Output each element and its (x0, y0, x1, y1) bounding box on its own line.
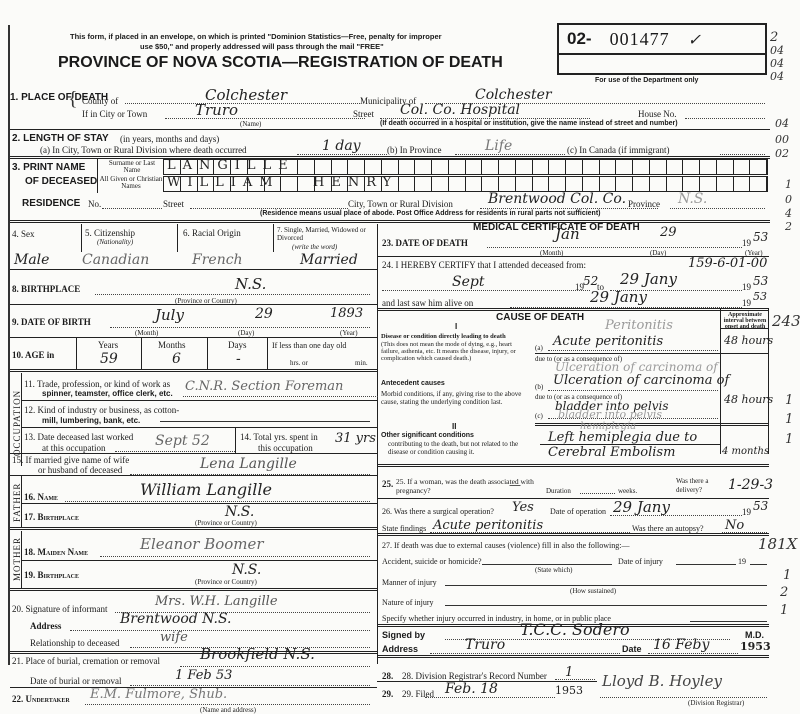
min-label: min. (355, 359, 368, 367)
margin-code: 04 (770, 57, 784, 70)
last-saw-year-prefix: 19 (742, 298, 751, 308)
undertaker-sublabel: (Name and address) (200, 706, 256, 714)
findings-label: State findings (382, 524, 426, 533)
margin-code: 1 (785, 432, 793, 447)
margin-code: 00 (775, 133, 789, 146)
cause-b-interval: 48 hours (724, 393, 773, 406)
last-saw-label: and last saw him alive on (382, 298, 473, 308)
cause-a-field[interactable]: Acute peritonitis (548, 332, 718, 351)
surgery-label: 26. Was there a surgical operation? (382, 507, 494, 516)
divider (720, 328, 768, 329)
marital-status-value: Married (300, 252, 358, 268)
doctor-address-field[interactable]: Truro (430, 636, 620, 654)
industry-label-2: mill, lumbering, bank, etc. (42, 416, 140, 425)
last-saw-field[interactable]: 29 Jany (510, 288, 742, 308)
city-label: If in City or Town (82, 109, 147, 119)
postage-notice-line2: use $50," and properly addressed will pa… (140, 42, 384, 51)
residence-no-field[interactable] (102, 195, 162, 209)
injury-year-prefix: 19 (738, 557, 746, 566)
stay-city-field[interactable]: 1 day (297, 137, 387, 155)
check-mark-icon: ✓ (688, 30, 701, 49)
day-sublabel: (Day) (238, 329, 254, 337)
stay-canada-label: (c) In Canada (if immigrant) (567, 145, 669, 155)
record-prefix: 02- (567, 29, 592, 49)
margin-code: 243 (772, 312, 800, 330)
divider (207, 337, 208, 369)
last-worked-field[interactable]: Sept 52 (115, 432, 235, 452)
hrs-label: hrs. or (290, 359, 308, 367)
duration-field[interactable] (580, 480, 615, 494)
divider (10, 369, 377, 372)
mother-birthplace-sublabel: (Province or Country) (195, 578, 257, 586)
street-field[interactable]: Col. Co. Hospital (380, 101, 590, 119)
residence-street-field[interactable] (190, 195, 348, 209)
margin-code: 2 (785, 220, 792, 233)
manner-field[interactable] (445, 585, 767, 586)
antecedent-note: Morbid conditions, if any, giving rise t… (381, 390, 531, 406)
surname-value: LANGILLE (167, 158, 295, 173)
print-name-label: 3. PRINT NAME (12, 162, 85, 173)
part-two-label: II (452, 422, 456, 431)
years-label: Years (98, 340, 118, 350)
birthplace-label: 8. BIRTHPLACE (12, 284, 80, 294)
father-birthplace-sublabel: (Province or Country) (195, 519, 257, 527)
margin-code: 1 (785, 393, 793, 408)
burial-place-label: 21. Place of burial, cremation or remova… (12, 656, 160, 666)
dob-day: 29 (255, 306, 273, 322)
informant-address-label: Address (30, 621, 61, 631)
divider (377, 655, 769, 658)
surgery-value: Yes (512, 500, 534, 515)
street-label: Street (353, 109, 374, 119)
birthplace-field[interactable]: N.S. (95, 275, 370, 295)
other-conditions-label: Other significant conditions (381, 432, 474, 439)
q25-number: 25. (382, 479, 393, 489)
place-of-death-label: 1. PLACE OF DEATH (10, 92, 60, 103)
date-of-death-label: 23. DATE OF DEATH (382, 238, 468, 248)
mother-maiden-field[interactable]: Eleanor Boomer (100, 535, 370, 557)
burial-date-field[interactable]: 1 Feb 53 (130, 666, 370, 686)
postage-notice-line1: This form, if placed in an envelope, on … (70, 32, 442, 41)
total-years-label: 14. Total yrs. spent in (240, 432, 318, 442)
department-note: For use of the Department only (595, 77, 698, 84)
md-label: M.D. (745, 630, 764, 640)
margin-code: 181X (758, 535, 797, 553)
accident-label: Accident, suicide or homicide? (382, 557, 482, 566)
length-of-stay-sublabel: (in years, months and days) (120, 134, 219, 144)
divider (10, 337, 377, 338)
operation-date-label: Date of operation (550, 507, 606, 516)
cause-c-field[interactable]: bladder into pelvis (548, 405, 718, 419)
dob-month: July (155, 306, 184, 324)
surname-label: Surname or Last Name (102, 160, 162, 174)
year-sublabel: (Year) (340, 329, 358, 337)
undertaker-field[interactable]: E.M. Fulmore, Shub. (85, 685, 370, 705)
external-causes-label: 27. If death was due to external causes … (382, 541, 629, 550)
divider (141, 337, 142, 369)
attended-from-year: 52 (583, 274, 598, 288)
citizenship-value: Canadian (82, 252, 149, 268)
divider (10, 220, 770, 223)
filed-year: 1953 (555, 684, 583, 697)
signed-date-field[interactable]: 16 Feby (648, 636, 738, 654)
weeks-label: weeks. (618, 487, 637, 495)
last-saw-year: 53 (753, 290, 767, 303)
death-year: 53 (753, 230, 768, 244)
margin-code: 1 (783, 568, 791, 583)
margin-code: 04 (770, 70, 784, 83)
divider (10, 304, 377, 305)
divider (535, 423, 768, 426)
certify-code: 159-6-01-00 (688, 256, 767, 271)
death-year-prefix: 19 (742, 238, 751, 248)
accident-sublabel: (State which) (535, 566, 573, 574)
divider (21, 400, 377, 401)
father-name-label: 16. Name (24, 492, 58, 502)
given-names-value: WILLIAM HENRY (167, 175, 398, 190)
hospital-note: (If death occurred in a hospital or inst… (380, 120, 678, 127)
nature-field[interactable] (445, 605, 767, 606)
age-days: - (236, 351, 241, 367)
cause-b-field[interactable]: Ulceration of carcinoma of (548, 371, 718, 391)
department-record-box: 02- 001477 ✓ (557, 23, 767, 75)
divider (76, 337, 77, 369)
less-than-day-label: If less than one day old (272, 341, 346, 350)
margin-code: 4 (785, 207, 792, 220)
industry-field[interactable] (160, 421, 370, 422)
death-day: 29 (660, 225, 677, 240)
stay-city-label: (a) In City, Town or Rural Division wher… (40, 145, 247, 155)
total-years-value: 31 yrs (335, 431, 376, 446)
direct-cause-label: Disease or condition directly leading to… (381, 333, 506, 340)
residence-province-label: Province (628, 199, 660, 209)
residence-province-field[interactable]: N.S. (670, 190, 765, 209)
divider (377, 464, 769, 467)
findings-field[interactable]: Acute peritonitis (430, 516, 630, 533)
mother-maiden-label: 18. Maiden Name (24, 547, 88, 557)
spouse-label-2: or husband of deceased (38, 465, 122, 475)
father-birthplace: N.S. (225, 504, 254, 520)
divider (768, 308, 769, 454)
marital-status-label: 7. Single, Married, Widowed or Divorced (277, 226, 373, 242)
autopsy-label: Was there an autopsy? (632, 524, 704, 533)
delivery-label: Was there a delivery? (676, 477, 736, 495)
q29-number: 29. (382, 689, 393, 699)
signed-date-year: 1953 (740, 640, 771, 653)
mother-birthplace-label: 19. Birthplace (24, 570, 79, 580)
cause-a-annotation: Peritonitis (605, 318, 673, 333)
manner-sublabel: (How sustained) (570, 587, 616, 595)
house-no-field[interactable] (685, 101, 765, 119)
page-title: PROVINCE OF NOVA SCOTIA—REGISTRATION OF … (58, 54, 503, 72)
nature-label: Nature of injury (382, 598, 434, 607)
undertaker-label: 22. Undertaker (12, 694, 70, 704)
stay-province-field[interactable]: Life (455, 137, 565, 155)
part-one-label: I (455, 322, 457, 331)
city-sublabel: (Name) (240, 120, 261, 128)
operation-year: 53 (753, 499, 768, 513)
dob-year: 1893 (330, 306, 363, 321)
margin-code: 0 (785, 193, 792, 206)
injury-date-field[interactable] (676, 564, 736, 565)
registrar-signature-field[interactable]: Lloyd B. Hoyley (600, 672, 767, 698)
divider (377, 308, 769, 311)
margin-code: 04 (770, 44, 784, 57)
other-interval: 4 months (722, 446, 769, 457)
racial-origin-value: French (192, 252, 243, 268)
accident-field[interactable] (482, 564, 612, 565)
citizenship-label: 5. Citizenship (85, 228, 135, 238)
divider (21, 475, 22, 527)
duration-label: Duration (546, 487, 571, 495)
divider (177, 224, 178, 252)
mother-birthplace: N.S. (232, 562, 261, 578)
signed-by-label: Signed by (382, 630, 425, 640)
father-birthplace-label: 17. Birthplace (24, 512, 79, 522)
of-deceased-label: OF DECEASED (25, 176, 97, 187)
marital-sublabel: (write the word) (292, 243, 337, 251)
residence-label: RESIDENCE (22, 198, 80, 209)
manner-label: Manner of injury (382, 578, 437, 587)
divider (10, 588, 377, 591)
spouse-field[interactable]: Lena Langille (130, 455, 370, 475)
attended-to-year: 53 (753, 274, 768, 288)
cause-of-death-title: CAUSE OF DEATH (496, 312, 584, 323)
injury-year-field[interactable] (750, 564, 767, 565)
total-years-label-2: this occupation (258, 443, 313, 453)
record-number: 001477 (610, 29, 670, 50)
doctor-address-label: Address (382, 644, 418, 654)
operation-date-field[interactable]: 29 Jany (610, 498, 742, 516)
racial-origin-label: 6. Racial Origin (183, 228, 241, 238)
cause-a-interval: 48 hours (724, 334, 773, 347)
other-condition-2: Cerebral Embolism (548, 445, 675, 460)
residence-no-label: No. (88, 199, 101, 209)
month-sublabel: (Month) (135, 329, 158, 337)
signed-date-label: Date (622, 644, 642, 654)
left-border (8, 25, 10, 665)
divider (10, 527, 377, 530)
residence-note: (Residence means usual place of abode. P… (260, 210, 601, 217)
divider (273, 224, 274, 252)
days-label: Days (228, 340, 247, 350)
filed-date-field[interactable]: Feb. 18 (425, 680, 555, 698)
margin-code: 2 (780, 585, 788, 600)
city-field[interactable]: Truro (165, 101, 365, 119)
margin-code: 04 (775, 117, 789, 130)
margin-code: 1 (785, 178, 792, 191)
stay-canada-field[interactable] (720, 137, 765, 155)
date-of-birth-label: 9. DATE OF BIRTH (12, 317, 91, 327)
other-conditions-note: contributing to the death, but not relat… (388, 440, 533, 456)
cause-a-marker: (a) (535, 344, 543, 352)
relationship-label: Relationship to deceased (30, 638, 119, 648)
trade-field[interactable]: C.N.R. Section Foreman (183, 377, 378, 397)
residence-city-label: City, Town or Rural Division (348, 199, 453, 209)
margin-code: 1 (780, 603, 788, 618)
antecedent-label: Antecedent causes (381, 380, 445, 387)
divider (377, 533, 769, 536)
registrar-sublabel: (Division Registrar) (688, 699, 744, 707)
stay-province-label: (b) In Province (387, 145, 441, 155)
divider (535, 353, 768, 354)
registrar-record-field[interactable]: 1 (555, 663, 595, 680)
burial-place-field[interactable]: Brookfield N.S. (180, 645, 370, 667)
divider (235, 427, 236, 453)
column-divider (377, 224, 378, 664)
residence-street-label: Street (163, 199, 184, 209)
months-label: Months (158, 340, 186, 350)
divider (97, 159, 98, 193)
divider (10, 129, 770, 130)
divider (10, 269, 377, 270)
cause-b-marker: (b) (535, 383, 543, 391)
other-condition-1: Left hemiplegia due to (548, 430, 697, 445)
trade-label: 11. Trade, profession, or kind of work a… (24, 379, 170, 389)
injury-date-label: Date of injury (618, 557, 663, 566)
divider (10, 453, 377, 454)
divider (10, 475, 377, 476)
to-year-prefix: 19 (742, 282, 751, 292)
margin-code: 02 (775, 147, 789, 160)
brace-icon: { (68, 88, 78, 111)
spouse-label: 15. If married give name of wife (12, 455, 129, 465)
divider (267, 337, 268, 369)
last-worked-label-2: at this occupation (42, 443, 105, 453)
county-label: County of (82, 96, 118, 106)
given-names-label: All Given or Christian Names (99, 176, 163, 190)
house-no-label: House No. (638, 109, 677, 119)
divider (81, 224, 82, 252)
length-of-stay-label: 2. LENGTH OF STAY (12, 133, 109, 144)
death-month: Jan (555, 225, 580, 243)
father-name-field[interactable]: William Langille (65, 480, 370, 502)
divider (21, 560, 377, 561)
attended-label: 24. I HEREBY CERTIFY that I attended dec… (382, 260, 586, 270)
citizenship-sublabel: (Nationality) (97, 238, 133, 246)
q28-number: 28. (382, 671, 393, 681)
industry-label: 12. Kind of industry or business, as cot… (24, 405, 179, 415)
margin-code: 1 (785, 412, 793, 427)
direct-cause-note: (This does not mean the mode of dying, e… (381, 341, 531, 362)
trade-label-2: spinner, teamster, office clerk, etc. (42, 389, 173, 398)
age-label: 10. AGE in (12, 350, 54, 360)
cause-c-marker: (c) (535, 412, 543, 420)
age-months: 6 (172, 351, 181, 367)
margin-code: 2 (770, 30, 778, 45)
pregnancy-value: — (509, 478, 521, 492)
delivery-code: 1-29-3 (728, 477, 773, 493)
sex-value: Male (14, 252, 49, 268)
divider (21, 503, 377, 504)
sex-label: 4. Sex (12, 229, 35, 239)
autopsy-field[interactable]: No (722, 516, 767, 533)
date-of-death-field[interactable] (487, 228, 742, 248)
age-years: 59 (100, 351, 118, 367)
divider (21, 427, 377, 428)
